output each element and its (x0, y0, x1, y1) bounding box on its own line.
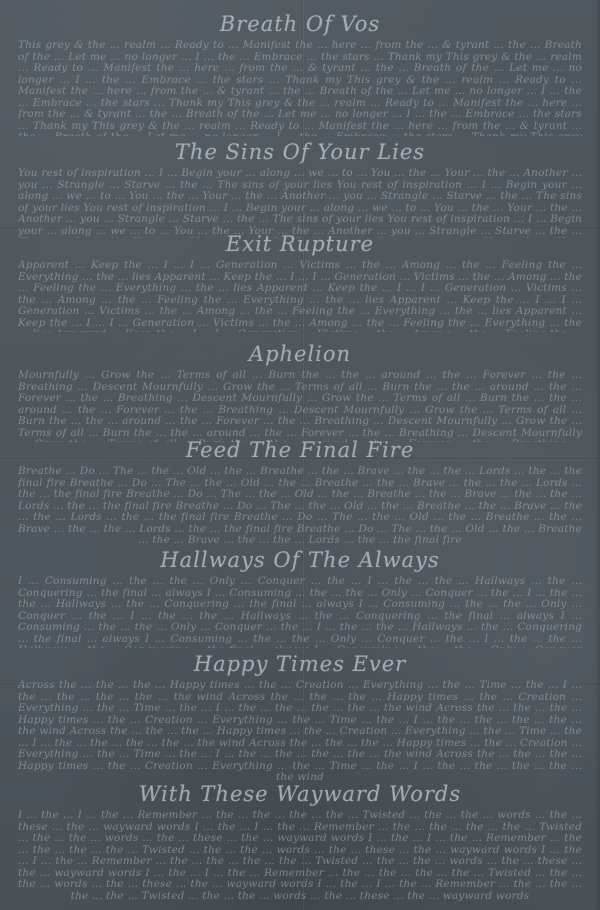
section-lyrics: Mournfully ... Grow the ... Terms of all… (18, 370, 582, 442)
section-heading: The Sins Of Your Lies (18, 140, 582, 164)
lyric-sheet: Breath Of Vos This grey & the ... realm … (0, 0, 600, 910)
section-hallways-of-the-always: Hallways Of The Always I ... Consuming .… (18, 548, 582, 648)
section-heading: Exit Rupture (18, 232, 582, 256)
section-aphelion: Aphelion Mournfully ... Grow the ... Ter… (18, 342, 582, 442)
section-sins-of-your-lies: The Sins Of Your Lies You rest of inspir… (18, 140, 582, 238)
section-lyrics: I ... the ... I ... the ... Remember ...… (18, 810, 582, 906)
section-lyrics: This grey & the ... realm ... Ready to .… (18, 40, 582, 136)
section-lyrics: You rest of inspiration ... I ... Begin … (18, 168, 582, 238)
section-breath-of-vos: Breath Of Vos This grey & the ... realm … (18, 12, 582, 136)
section-happy-times-ever: Happy Times Ever Across the ... the ... … (18, 652, 582, 798)
section-lyrics: Apparent ... Keep the ... I ... I ... Ge… (18, 260, 582, 332)
section-heading: With These Wayward Words (18, 782, 582, 806)
section-heading: Breath Of Vos (18, 12, 582, 36)
section-lyrics: Across the ... the ... the ... Happy tim… (18, 680, 582, 798)
section-heading: Hallways Of The Always (18, 548, 582, 572)
section-exit-rupture: Exit Rupture Apparent ... Keep the ... I… (18, 232, 582, 332)
section-lyrics: Breathe ... Do ... The ... the ... Old .… (18, 466, 582, 550)
section-heading: Aphelion (18, 342, 582, 366)
section-with-these-wayward-words: With These Wayward Words I ... the ... I… (18, 782, 582, 906)
section-heading: Happy Times Ever (18, 652, 582, 676)
section-lyrics: I ... Consuming ... the ... the ... Only… (18, 576, 582, 648)
section-heading: Feed The Final Fire (18, 438, 582, 462)
lyrics-content: Breath Of Vos This grey & the ... realm … (0, 0, 600, 910)
section-feed-the-final-fire: Feed The Final Fire Breathe ... Do ... T… (18, 438, 582, 550)
